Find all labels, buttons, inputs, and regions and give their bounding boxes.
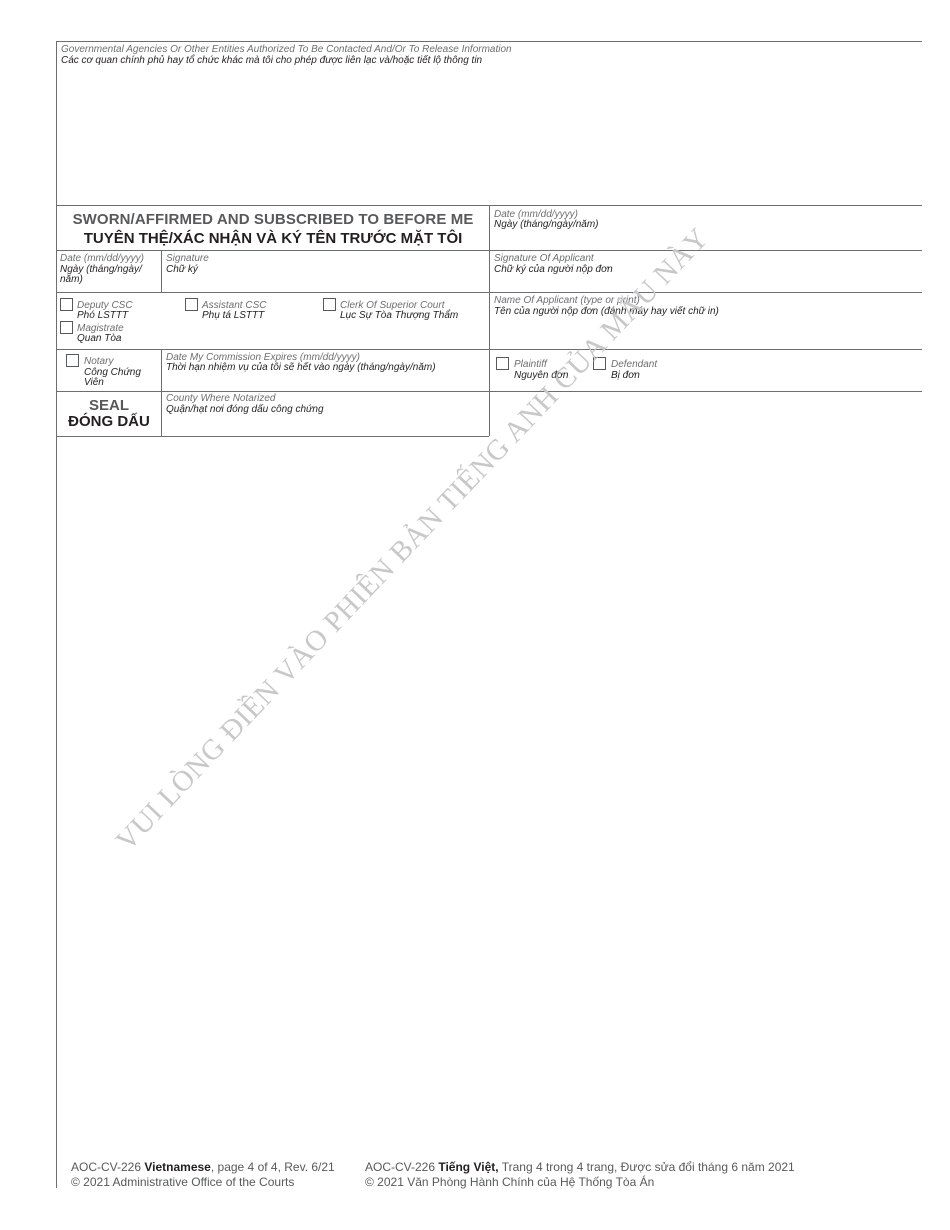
clerk-superior-court-checkbox[interactable] [323,298,336,311]
agencies-field[interactable]: Governmental Agencies Or Other Entities … [57,42,921,204]
footer-vi: AOC-CV-226 Tiếng Việt, Trang 4 trong 4 t… [365,1160,795,1190]
deputy-csc-label-vi: Phó LSTTT [77,310,128,321]
applicant-name-field[interactable]: Name Of Applicant (type or print) Tên củ… [490,293,922,349]
footer-en-copyright: © 2021 Administrative Office of the Cour… [71,1175,335,1190]
applicant-signature-label-en: Signature Of Applicant [494,253,594,264]
county-notarized-label-vi: Quận/hạt nơi đóng dấu công chứng [166,404,324,415]
official-signature-field[interactable]: Signature Chữ ký [162,251,489,292]
commission-expires-field[interactable]: Date My Commission Expires (mm/dd/yyyy) … [162,350,489,391]
commission-expires-label-vi: Thời hạn nhiệm vụ của tôi sẽ hết vào ngà… [166,362,436,373]
sworn-title-vi: TUYÊN THỆ/XÁC NHẬN VÀ KÝ TÊN TRƯỚC MẶT T… [57,230,489,247]
footer-en-page-info: , page 4 of 4, Rev. 6/21 [211,1160,335,1174]
deputy-csc-checkbox[interactable] [60,298,73,311]
plaintiff-label-en: Plaintiff [514,359,547,370]
notary-label-en: Notary [84,356,113,367]
seal-label-en: SEAL [57,398,161,414]
defendant-label-en: Defendant [611,359,657,370]
footer-vi-page-info: Trang 4 trong 4 trang, Được sửa đổi thán… [499,1160,795,1174]
official-signature-label-vi: Chữ ký [166,264,198,275]
magistrate-checkbox[interactable] [60,321,73,334]
notary-label-vi-2: Viên [84,377,104,388]
footer-en-line1: AOC-CV-226 Vietnamese, page 4 of 4, Rev.… [71,1160,335,1175]
agencies-label-en: Governmental Agencies Or Other Entities … [61,44,512,55]
applicant-signature-label-vi: Chữ ký của người nộp đơn [494,264,613,275]
footer-en-lang: Vietnamese [144,1160,211,1174]
assistant-csc-label-vi: Phụ tá LSTTT [202,310,264,321]
official-signature-label-en: Signature [166,253,209,264]
footer-vi-copyright: © 2021 Văn Phòng Hành Chính của Hệ Thống… [365,1175,795,1190]
sworn-title-en: SWORN/AFFIRMED AND SUBSCRIBED TO BEFORE … [57,211,489,228]
footer-en: AOC-CV-226 Vietnamese, page 4 of 4, Rev.… [71,1160,335,1190]
sworn-date-field[interactable]: Date (mm/dd/yyyy) Ngày (tháng/ngày/ năm) [57,251,161,292]
clerk-superior-court-label-vi: Lục Sự Tòa Thượng Thẩm [340,310,458,321]
sworn-date-label-vi-2: năm) [60,274,83,285]
sworn-date-label-en: Date (mm/dd/yyyy) [60,253,144,264]
divider-left-bottom [56,436,489,437]
footer-en-form-id: AOC-CV-226 [71,1160,144,1174]
defendant-label-vi: Bị đơn [611,370,640,381]
seal-label-vi: ĐÓNG DẤU [57,414,161,430]
magistrate-label-vi: Quan Tòa [77,333,121,344]
agencies-label-vi: Các cơ quan chính phủ hay tổ chức khác m… [61,55,482,66]
county-notarized-field[interactable]: County Where Notarized Quận/hạt nơi đóng… [162,392,489,436]
applicant-date-label-vi: Ngày (tháng/ngày/năm) [494,219,599,230]
footer-vi-line1: AOC-CV-226 Tiếng Việt, Trang 4 trong 4 t… [365,1160,795,1175]
assistant-csc-checkbox[interactable] [185,298,198,311]
footer-vi-form-id: AOC-CV-226 [365,1160,438,1174]
footer-vi-lang: Tiếng Việt, [438,1160,498,1174]
applicant-signature-field[interactable]: Signature Of Applicant Chữ ký của người … [490,251,922,292]
notary-checkbox[interactable] [66,354,79,367]
plaintiff-checkbox[interactable] [496,357,509,370]
county-notarized-label-en: County Where Notarized [166,393,276,404]
